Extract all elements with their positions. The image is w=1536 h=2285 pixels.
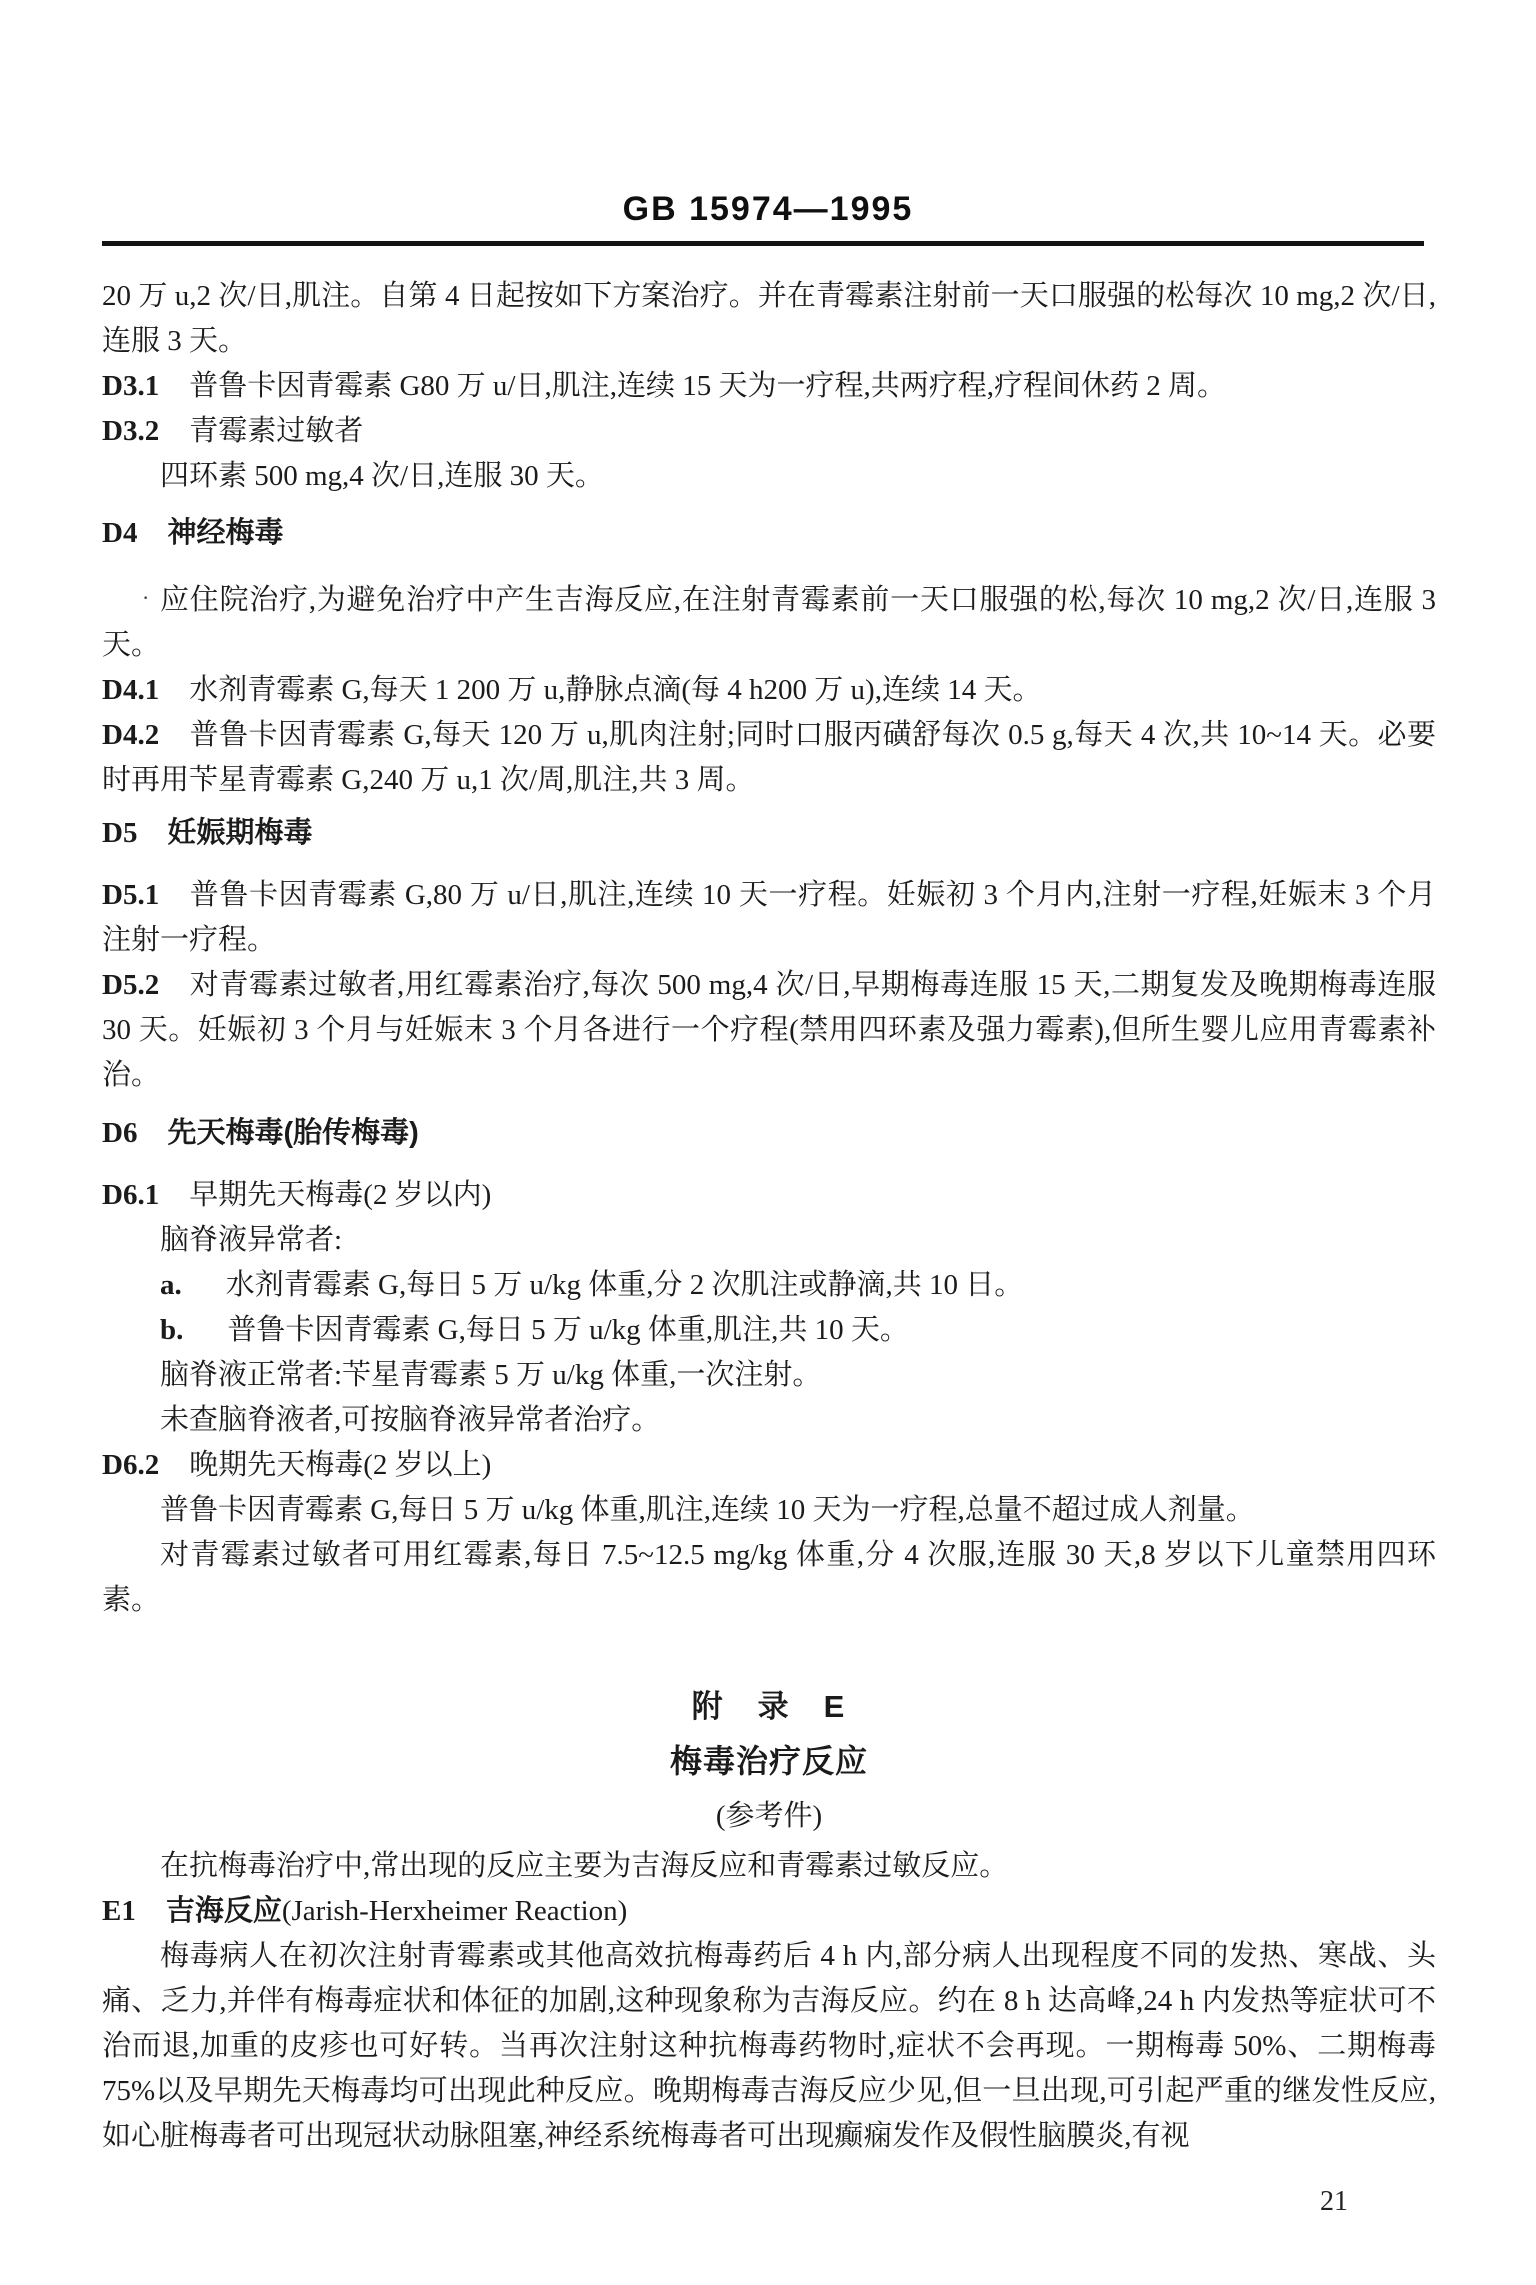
document-page: GB 15974—1995 · 20 万 u,2 次/日,肌注。自第 4 日起按… (0, 0, 1536, 2285)
header-rule (102, 241, 1424, 246)
para-csf-normal: 脑脊液正常者:苄星青霉素 5 万 u/kg 体重,一次注射。 (102, 1353, 1436, 1398)
clause-d5-1-text: 普鲁卡因青霉素 G,80 万 u/日,肌注,连续 10 天一疗程。妊娠初 3 个… (102, 879, 1436, 956)
section-d4-title: 神经梅毒 (167, 517, 283, 549)
para-e-intro: 在抗梅毒治疗中,常出现的反应主要为吉海反应和青霉素过敏反应。 (102, 1844, 1436, 1889)
clause-d3-1: D3.1普鲁卡因青霉素 G80 万 u/日,肌注,连续 15 天为一疗程,共两疗… (102, 364, 1436, 409)
standard-number: GB 15974—1995 (0, 190, 1536, 228)
clause-d6-2-text: 晚期先天梅毒(2 岁以上) (189, 1449, 491, 1481)
section-d5-label: D5 (102, 817, 137, 849)
clause-e1-title: 吉海反应 (166, 1895, 282, 1927)
subitem-a-text: 水剂青霉素 G,每日 5 万 u/kg 体重,分 2 次肌注或静滴,共 10 日… (226, 1269, 1024, 1301)
clause-d3-1-text: 普鲁卡因青霉素 G80 万 u/日,肌注,连续 15 天为一疗程,共两疗程,疗程… (189, 370, 1226, 402)
para-tetracycline: 四环素 500 mg,4 次/日,连服 30 天。 (102, 454, 1436, 499)
document-body: 20 万 u,2 次/日,肌注。自第 4 日起按如下方案治疗。并在青霉素注射前一… (102, 274, 1436, 2159)
subitem-a-label: a. (160, 1269, 182, 1301)
para-d4-intro: 应住院治疗,为避免治疗中产生吉海反应,在注射青霉素前一天口服强的松,每次 10 … (102, 578, 1436, 668)
clause-d5-2-text: 对青霉素过敏者,用红霉素治疗,每次 500 mg,4 次/日,早期梅毒连服 15… (102, 969, 1436, 1091)
clause-e1-title-en: (Jarish-Herxheimer Reaction) (282, 1895, 627, 1927)
section-heading-d4: D4神经梅毒 (102, 511, 1436, 556)
clause-d6-1-text: 早期先天梅毒(2 岁以内) (189, 1179, 491, 1211)
appendix-subtitle: (参考件) (102, 1789, 1436, 1844)
page-header: GB 15974—1995 (0, 0, 1536, 246)
page-number: 21 (1320, 2186, 1348, 2218)
clause-e1: E1吉海反应(Jarish-Herxheimer Reaction) (102, 1889, 1436, 1934)
clause-d6-1-label: D6.1 (102, 1179, 159, 1211)
clause-d6-2-label: D6.2 (102, 1449, 159, 1481)
scan-artifact-dot: · (142, 585, 149, 611)
subitem-b-text: 普鲁卡因青霉素 G,每日 5 万 u/kg 体重,肌注,共 10 天。 (227, 1314, 909, 1346)
clause-d5-2-label: D5.2 (102, 969, 159, 1001)
subitem-b: b.普鲁卡因青霉素 G,每日 5 万 u/kg 体重,肌注,共 10 天。 (102, 1308, 1436, 1353)
para-e1-body: 梅毒病人在初次注射青霉素或其他高效抗梅毒药后 4 h 内,部分病人出现程度不同的… (102, 1934, 1436, 2159)
section-d5-title: 妊娠期梅毒 (167, 817, 312, 849)
section-d4-label: D4 (102, 517, 137, 549)
clause-d6-1: D6.1早期先天梅毒(2 岁以内) (102, 1173, 1436, 1218)
clause-d4-1-label: D4.1 (102, 674, 159, 706)
clause-d4-2-text: 普鲁卡因青霉素 G,每天 120 万 u,肌肉注射;同时口服丙磺舒每次 0.5 … (102, 719, 1436, 796)
section-d6-title: 先天梅毒(胎传梅毒) (167, 1117, 418, 1149)
clause-d5-2: D5.2对青霉素过敏者,用红霉素治疗,每次 500 mg,4 次/日,早期梅毒连… (102, 963, 1436, 1098)
subitem-b-label: b. (160, 1314, 183, 1346)
appendix-title: 梅毒治疗反应 (102, 1734, 1436, 1789)
section-heading-d6: D6先天梅毒(胎传梅毒) (102, 1111, 1436, 1156)
para-csf-unknown: 未查脑脊液者,可按脑脊液异常者治疗。 (102, 1398, 1436, 1443)
clause-d4-2-label: D4.2 (102, 719, 159, 751)
clause-e1-label: E1 (102, 1895, 136, 1927)
clause-d3-2: D3.2青霉素过敏者 (102, 409, 1436, 454)
section-d6-label: D6 (102, 1117, 137, 1149)
clause-d3-2-text: 青霉素过敏者 (189, 415, 363, 447)
subitem-a: a.水剂青霉素 G,每日 5 万 u/kg 体重,分 2 次肌注或静滴,共 10… (102, 1263, 1436, 1308)
clause-d3-1-label: D3.1 (102, 370, 159, 402)
section-heading-d5: D5妊娠期梅毒 (102, 811, 1436, 856)
clause-d5-1-label: D5.1 (102, 879, 159, 911)
clause-d3-2-label: D3.2 (102, 415, 159, 447)
continued-paragraph: 20 万 u,2 次/日,肌注。自第 4 日起按如下方案治疗。并在青霉素注射前一… (102, 274, 1436, 364)
clause-d4-1: D4.1水剂青霉素 G,每天 1 200 万 u,静脉点滴(每 4 h200 万… (102, 668, 1436, 713)
clause-d6-2: D6.2晚期先天梅毒(2 岁以上) (102, 1443, 1436, 1488)
para-d6-2-second: 对青霉素过敏者可用红霉素,每日 7.5~12.5 mg/kg 体重,分 4 次服… (102, 1533, 1436, 1623)
appendix-heading: 附 录 E 梅毒治疗反应 (参考件) (102, 1679, 1436, 1844)
para-csf-abnormal: 脑脊液异常者: (102, 1218, 1436, 1263)
appendix-label: 附 录 E (102, 1679, 1436, 1734)
para-d6-2-first: 普鲁卡因青霉素 G,每日 5 万 u/kg 体重,肌注,连续 10 天为一疗程,… (102, 1488, 1436, 1533)
clause-d4-1-text: 水剂青霉素 G,每天 1 200 万 u,静脉点滴(每 4 h200 万 u),… (189, 674, 1041, 706)
clause-d5-1: D5.1普鲁卡因青霉素 G,80 万 u/日,肌注,连续 10 天一疗程。妊娠初… (102, 873, 1436, 963)
clause-d4-2: D4.2普鲁卡因青霉素 G,每天 120 万 u,肌肉注射;同时口服丙磺舒每次 … (102, 713, 1436, 803)
